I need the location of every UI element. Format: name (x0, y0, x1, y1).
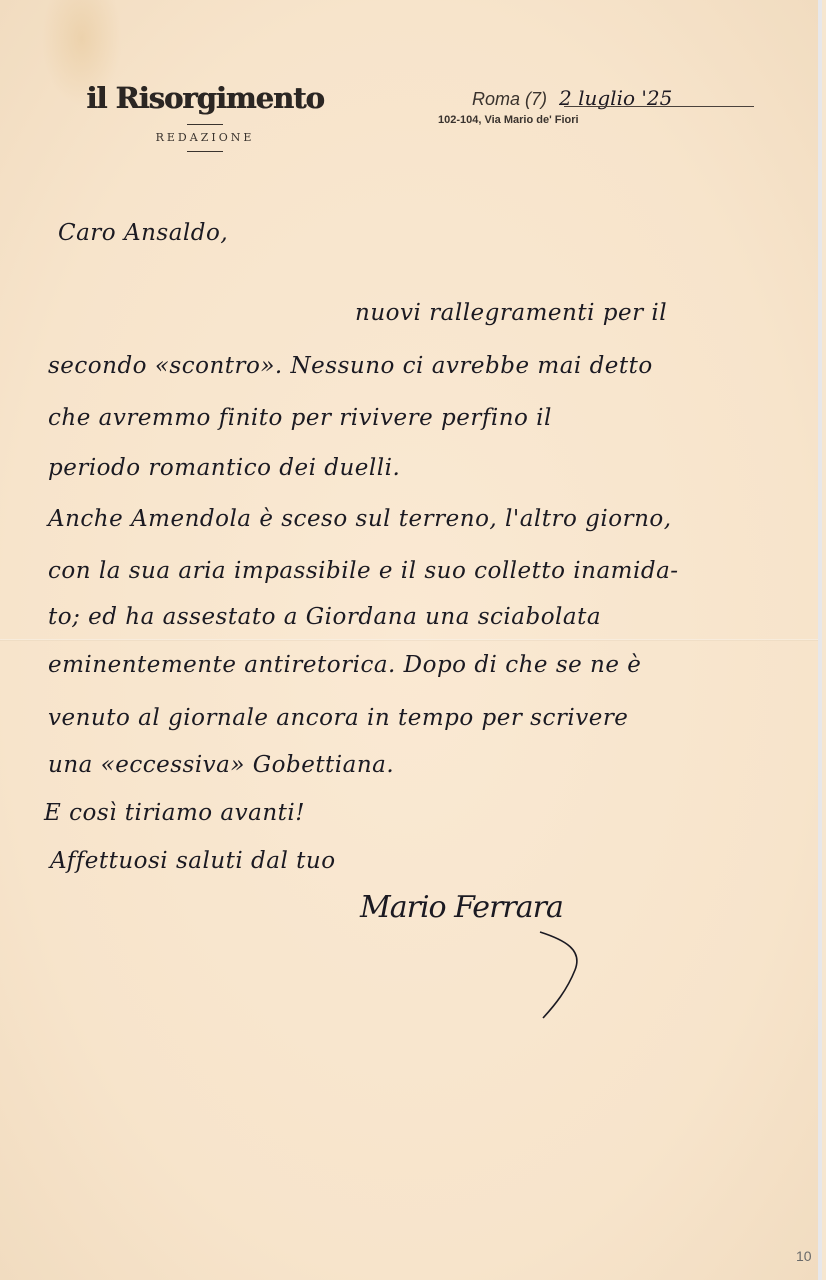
letter-line: secondo «scontro». Nessuno ci avrebbe ma… (48, 353, 653, 379)
dateline: Roma (7) 2 luglio '25 (472, 86, 762, 110)
letter-line: venuto al giornale ancora in tempo per s… (48, 705, 628, 731)
letter-line: nuovi rallegramenti per il (355, 300, 667, 326)
letter-line: Affettuosi saluti dal tuo (50, 848, 336, 874)
letter-line: E così tiriamo avanti! (44, 800, 305, 826)
salutation: Caro Ansaldo, (58, 220, 228, 246)
letter-line: eminentemente antiretorica. Dopo di che … (48, 652, 641, 678)
letter-line: con la sua aria impassibile e il suo col… (48, 558, 679, 584)
paper-fold-line (0, 639, 818, 641)
letter-page: il Risorgimento REDAZIONE Roma (7) 2 lug… (0, 0, 822, 1280)
letter-line: to; ed ha assestato a Giordana una sciab… (48, 604, 601, 630)
letterhead-masthead: il Risorgimento REDAZIONE (80, 78, 330, 158)
letter-line: che avremmo finito per rivivere perfino … (48, 405, 552, 431)
signature: Mario Ferrara (360, 890, 563, 925)
signature-flourish (535, 930, 585, 1020)
department-label: REDAZIONE (80, 131, 330, 145)
date-underline (564, 106, 754, 107)
letter-line: periodo romantico dei duelli. (48, 455, 400, 481)
divider (187, 151, 223, 152)
city-label: Roma (7) (472, 89, 547, 109)
divider (187, 124, 223, 125)
newspaper-title: il Risorgimento (80, 78, 330, 118)
letter-line: una «eccessiva» Gobettiana. (48, 752, 394, 778)
letter-line: Anche Amendola è sceso sul terreno, l'al… (48, 506, 672, 532)
archive-number: 10 (796, 1248, 812, 1264)
letterhead-address: 102-104, Via Mario de' Fiori (438, 114, 579, 126)
